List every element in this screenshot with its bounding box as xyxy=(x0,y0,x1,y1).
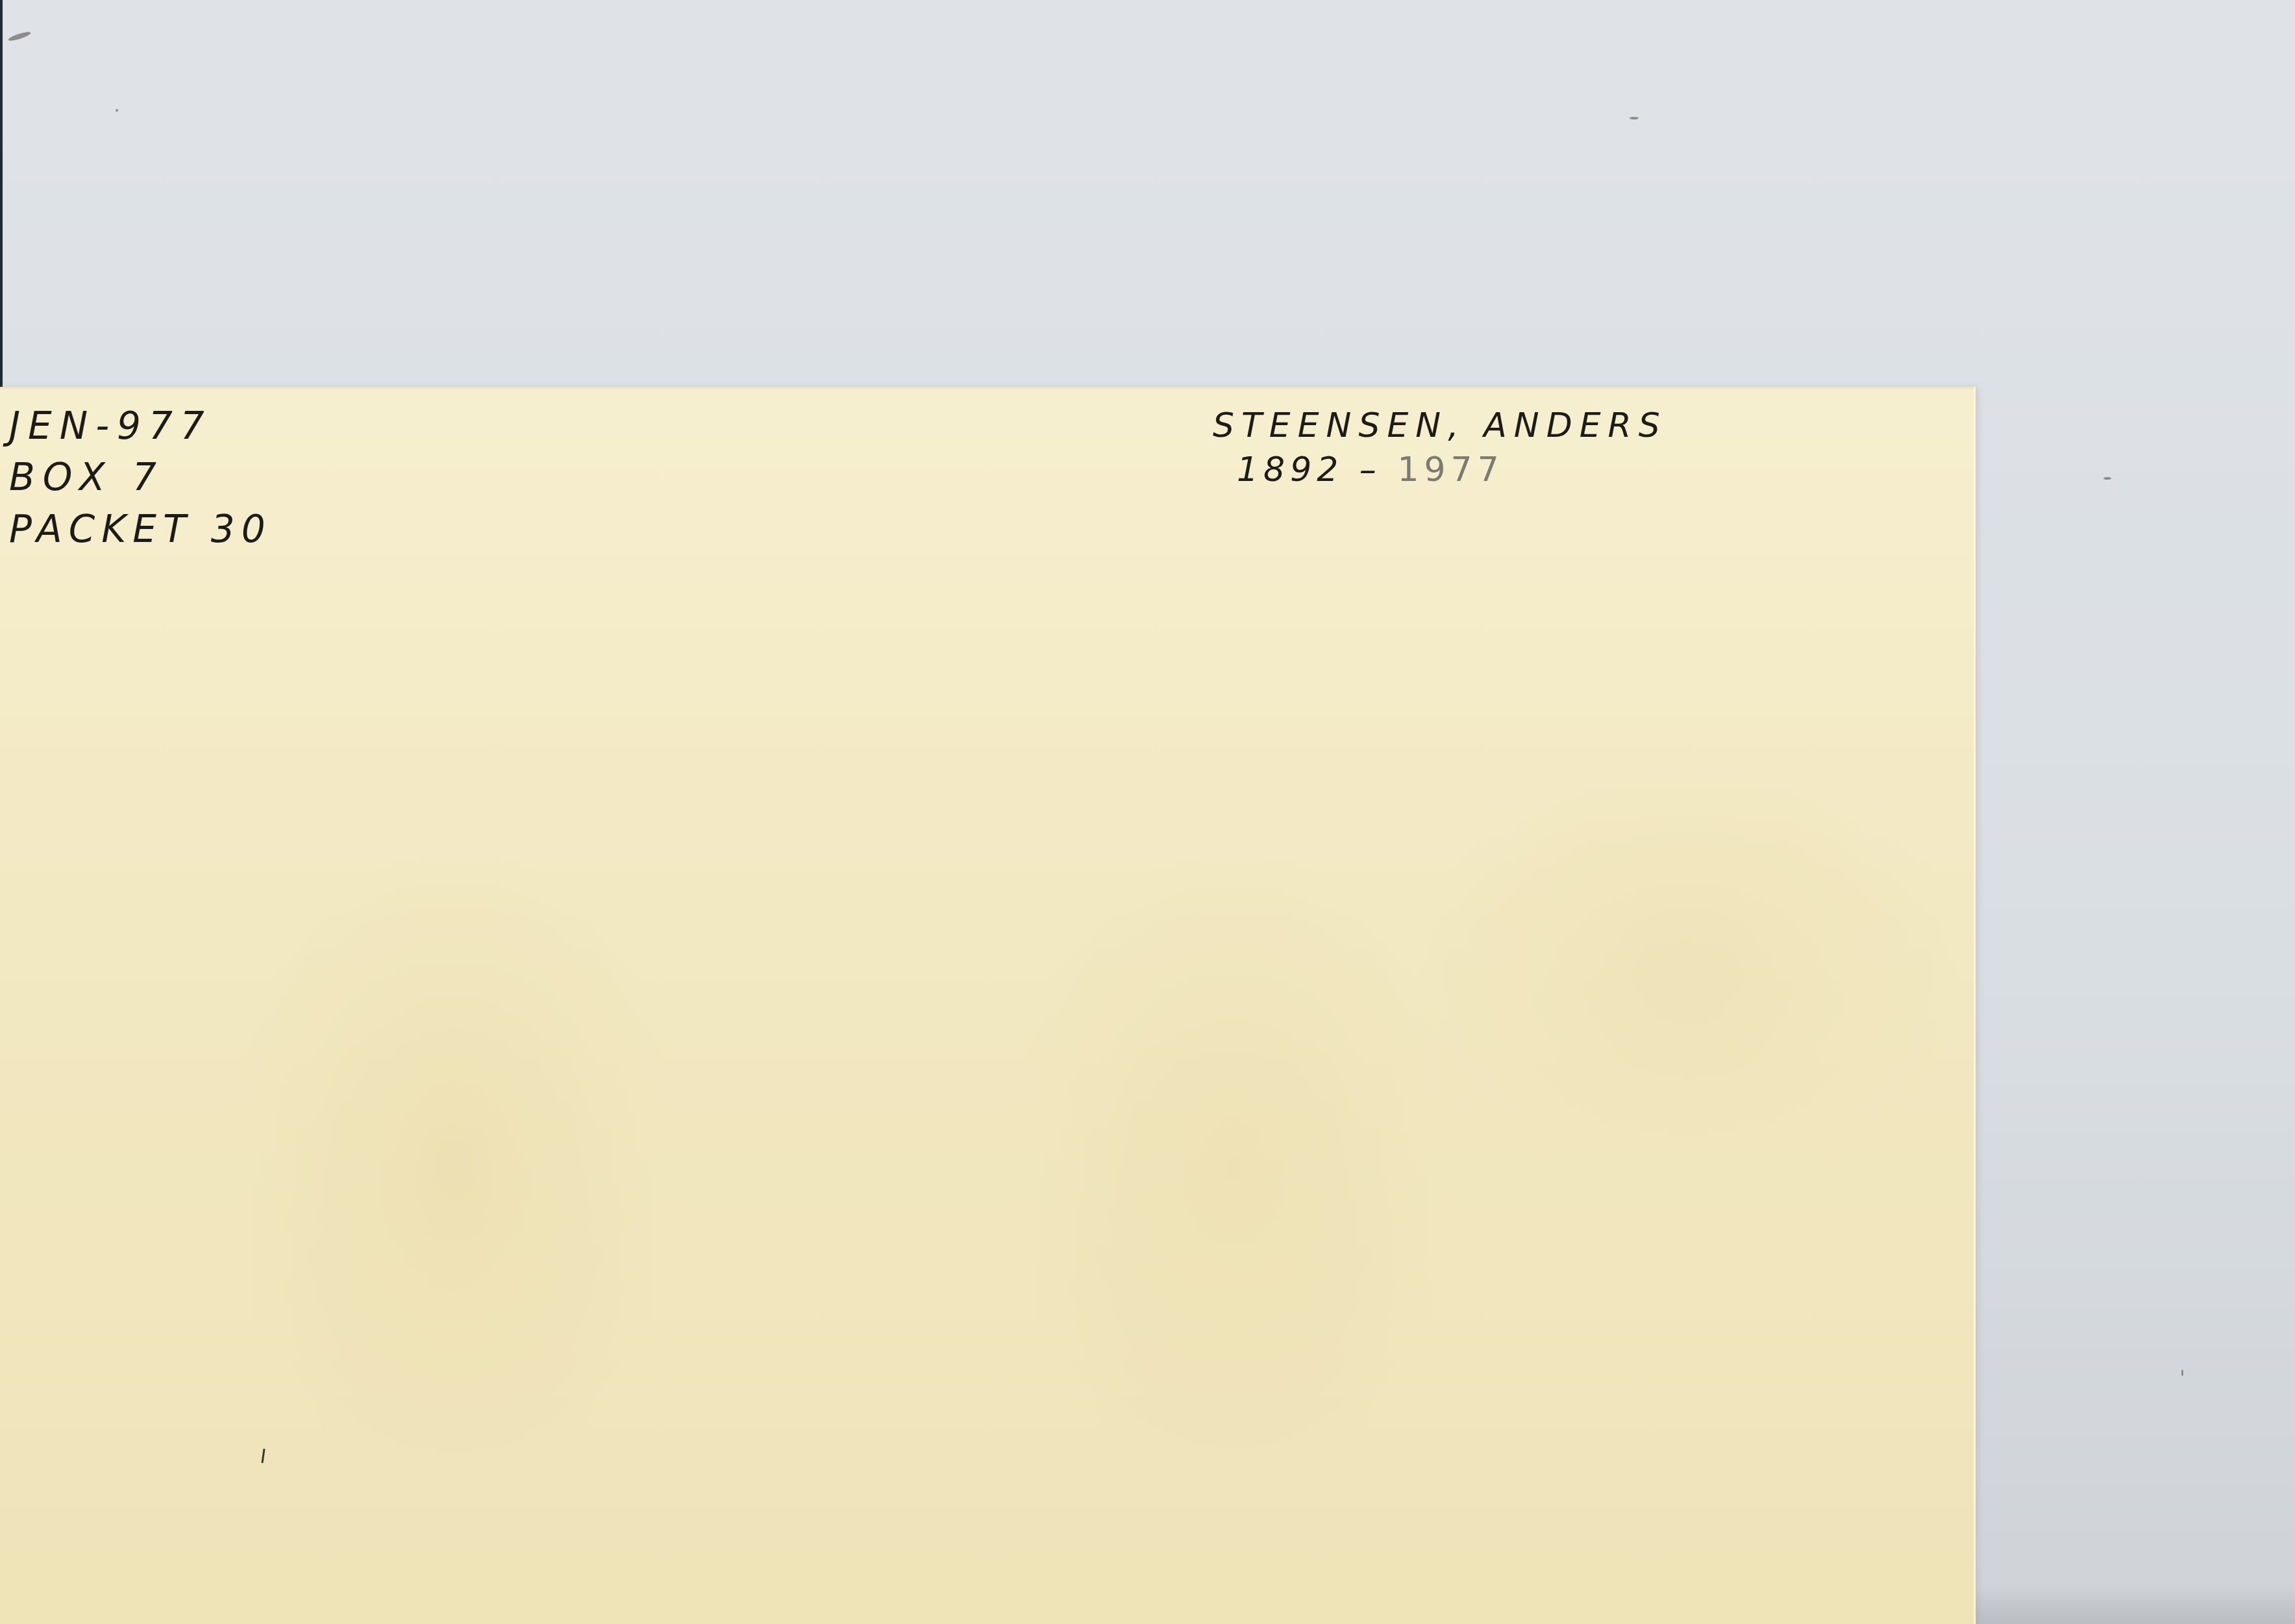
dust-speck xyxy=(8,31,32,43)
box-label: Box 7 xyxy=(9,455,164,499)
dust-speck xyxy=(2103,477,2111,480)
life-dates: 1892 – 1977 xyxy=(1237,450,1504,489)
stray-ink-mark xyxy=(261,1449,265,1463)
subject-name: Steensen, Anders xyxy=(1213,406,1667,445)
death-year-pencil: 1977 xyxy=(1397,450,1504,489)
birth-year: 1892 – xyxy=(1237,450,1382,489)
envelope-edge xyxy=(0,387,1974,391)
dust-speck xyxy=(116,109,118,112)
packet-label: Packet 30 xyxy=(9,507,272,551)
dust-speck xyxy=(1630,117,1639,119)
dust-speck xyxy=(2181,1370,2183,1376)
call-number-label: JEN-977 xyxy=(9,404,212,448)
envelope: JEN-977 Box 7 Packet 30 Steensen, Anders… xyxy=(0,387,1976,1624)
